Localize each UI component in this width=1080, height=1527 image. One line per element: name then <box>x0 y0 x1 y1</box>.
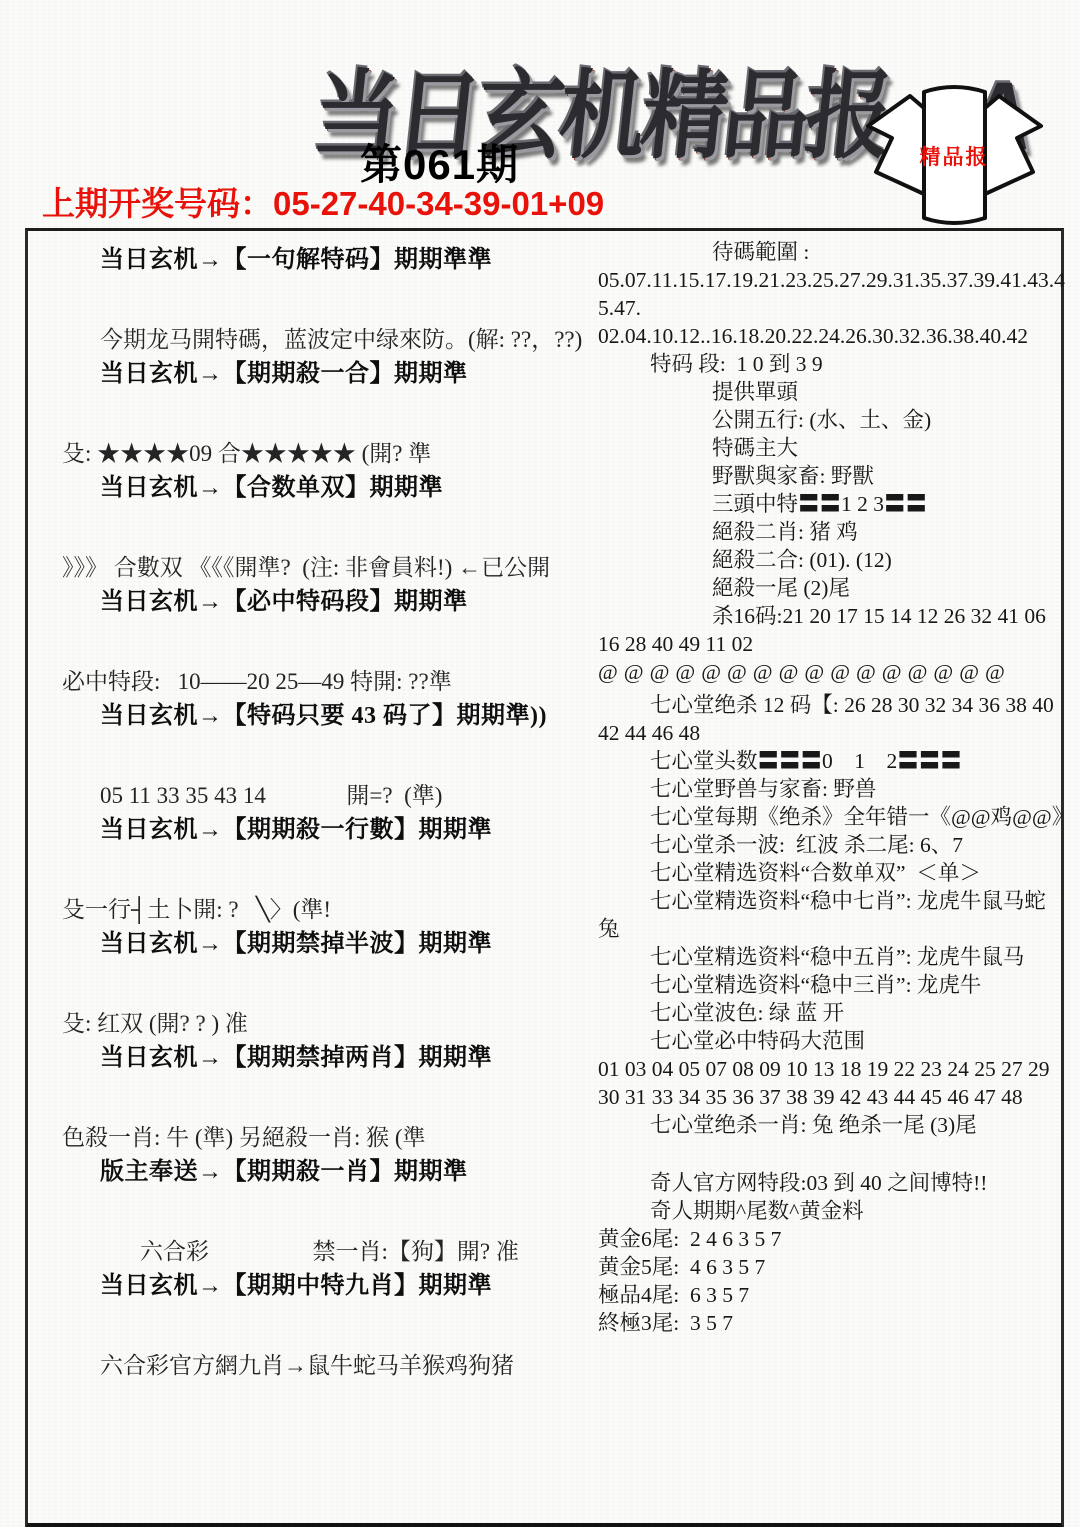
ribbon-label: 精品报 <box>920 145 989 169</box>
right-line: 特码 段: 1 0 到 3 9 <box>598 350 1050 378</box>
right-line: 黄金6尾: 2 4 6 3 5 7 <box>598 1225 1050 1253</box>
right-line: 05.07.11.15.17.19.21.23.25.27.29.31.35.3… <box>598 266 1050 294</box>
tip-block: 05 11 33 35 43 14 開=? (準)当日玄机→【期期殺一行數】期期… <box>0 778 595 848</box>
hint-line: 色殺一肖: 牛 (準) 另絕殺一肖: 猴 (準 <box>0 1120 595 1155</box>
right-line: 兔 <box>598 915 1050 943</box>
hint-line: 必中特段: 10——20 25—49 特開: ??準 <box>0 664 595 699</box>
result-line: 版主奉送→【期期殺一肖】期期準 <box>0 1155 595 1190</box>
result-line: 当日玄机→【期期禁掉两肖】期期準 <box>0 1041 595 1076</box>
tip-block: 殳一行┤土卜開: ? ╲〉(準!当日玄机→【期期禁掉半波】期期準 <box>0 892 595 962</box>
hint-line: 六合彩 禁一肖:【狗】開? 准 <box>0 1234 595 1269</box>
right-line: 特碼主大 <box>598 434 1050 462</box>
result-line: 当日玄机→【期期禁掉半波】期期準 <box>0 927 595 962</box>
result-line: 当日玄机→【期期殺一合】期期準 <box>0 357 595 392</box>
right-line: 公開五行: (水、土、金) <box>598 406 1050 434</box>
result-line: 当日玄机→【期期殺一行數】期期準 <box>0 813 595 848</box>
tip-block: 殳: ★★★★09 合★★★★★ (開? 準当日玄机→【合数单双】期期準 <box>0 436 595 506</box>
right-line: 七心堂野兽与家畜: 野兽 <box>598 775 1050 803</box>
right-line: 絕殺二合: (01). (12) <box>598 546 1050 574</box>
right-line: 黄金5尾: 4 6 3 5 7 <box>598 1253 1050 1281</box>
right-line: 三頭中特〓〓1 2 3〓〓 <box>598 490 1050 518</box>
right-line: 七心堂杀一波: 红波 杀二尾: 6、7 <box>598 831 1050 859</box>
right-line: 奇人官方网特段:03 到 40 之间博特!! <box>598 1169 1050 1197</box>
hint-line: 殳: ★★★★09 合★★★★★ (開? 準 <box>0 436 595 471</box>
right-line: @@@@@@@@@@@@@@@@ <box>598 658 1050 686</box>
right-line: 杀16码:21 20 17 15 14 12 26 32 41 06 <box>598 602 1050 630</box>
right-line: 30 31 33 34 35 36 37 38 39 42 43 44 45 4… <box>598 1083 1050 1111</box>
right-line: 42 44 46 48 <box>598 719 1050 747</box>
result-line: 当日玄机→【一句解特码】期期準準 <box>0 243 595 278</box>
right-line: 絕殺一尾 (2)尾 <box>598 574 1050 602</box>
right-line: 七心堂精选资料“稳中三肖”: 龙虎牛 <box>598 971 1050 999</box>
right-line: 七心堂波色: 绿 蓝 开 <box>598 999 1050 1027</box>
result-line: 当日玄机→【特码只要 43 码了】期期準)) <box>0 699 595 734</box>
tip-block: 色殺一肖: 牛 (準) 另絕殺一肖: 猴 (準版主奉送→【期期殺一肖】期期準 <box>0 1120 595 1190</box>
right-line: 七心堂绝杀 12 码【: 26 28 30 32 34 36 38 40 <box>598 691 1050 719</box>
right-line: 七心堂头数〓〓〓0 1 2〓〓〓 <box>598 747 1050 775</box>
last-draw-numbers: 上期开奖号码：05-27-40-34-39-01+09 <box>42 178 604 225</box>
right-line: 5.47. <box>598 294 1050 322</box>
right-line: 終極3尾: 3 5 7 <box>598 1309 1050 1337</box>
tip-block: 》》》 合數双 《《《開準? (注: 非會員料!) ←已公開当日玄机→【必中特码… <box>0 550 595 620</box>
right-line: 七心堂必中特码大范围 <box>598 1027 1050 1055</box>
right-line: 野獸與家畜: 野獸 <box>598 462 1050 490</box>
right-line: 七心堂精选资料“稳中五肖”: 龙虎牛鼠马 <box>598 943 1050 971</box>
result-line: 当日玄机→【期期中特九肖】期期準 <box>0 1269 595 1304</box>
right-line: 待碼範圍 : <box>598 238 1050 266</box>
right-line: 七心堂精选资料“合数单双” ＜单＞ <box>598 859 1050 887</box>
tip-block: 今期龙马開特碼，蓝波定中绿來防。(解: ??，??)当日玄机→【期期殺一合】期期… <box>0 322 595 392</box>
tip-block: 六合彩 禁一肖:【狗】開? 准当日玄机→【期期中特九肖】期期準 <box>0 1234 595 1304</box>
hint-line: 》》》 合數双 《《《開準? (注: 非會員料!) ←已公開 <box>0 550 595 585</box>
right-column: 待碼範圍 :05.07.11.15.17.19.21.23.25.27.29.3… <box>598 238 1050 1337</box>
right-line: 七心堂精选资料“稳中七肖”: 龙虎牛鼠马蛇 <box>598 887 1050 915</box>
hint-line: 05 11 33 35 43 14 開=? (準) <box>0 778 595 813</box>
scroll-ribbon-icon: 精品报 <box>862 78 1047 228</box>
right-line: 極品4尾: 6 3 5 7 <box>598 1281 1050 1309</box>
right-line: 02.04.10.12..16.18.20.22.24.26.30.32.36.… <box>598 322 1050 350</box>
right-line: 奇人期期^尾数^黄金料 <box>598 1197 1050 1225</box>
hint-line: 六合彩官方網九肖→鼠牛蛇马羊猴鸡狗猪 <box>0 1348 595 1383</box>
tip-block: 当日玄机→【一句解特码】期期準準 <box>0 243 595 278</box>
right-line: 提供單頭 <box>598 378 1050 406</box>
right-line: 16 28 40 49 11 02 <box>598 630 1050 658</box>
tip-block: 六合彩官方網九肖→鼠牛蛇马羊猴鸡狗猪 <box>0 1348 595 1383</box>
tip-block: 必中特段: 10——20 25—49 特開: ??準当日玄机→【特码只要 43 … <box>0 664 595 734</box>
hint-line: 殳: 红双 (開? ? ) 准 <box>0 1006 595 1041</box>
hint-line: 今期龙马開特碼，蓝波定中绿來防。(解: ??，??) <box>0 322 595 357</box>
result-line: 当日玄机→【合数单双】期期準 <box>0 471 595 506</box>
result-line: 当日玄机→【必中特码段】期期準 <box>0 585 595 620</box>
hint-line: 殳一行┤土卜開: ? ╲〉(準! <box>0 892 595 927</box>
tip-block: 殳: 红双 (開? ? ) 准当日玄机→【期期禁掉两肖】期期準 <box>0 1006 595 1076</box>
left-column: 当日玄机→【一句解特码】期期準準今期龙马開特碼，蓝波定中绿來防。(解: ??，?… <box>0 243 595 1427</box>
right-line: 七心堂绝杀一肖: 兔 绝杀一尾 (3)尾 <box>598 1111 1050 1139</box>
right-line: 01 03 04 05 07 08 09 10 13 18 19 22 23 2… <box>598 1055 1050 1083</box>
right-line: 絕殺二肖: 猪 鸡 <box>598 518 1050 546</box>
right-line: 七心堂每期《绝杀》全年错一《@@鸡@@》 <box>598 803 1050 831</box>
